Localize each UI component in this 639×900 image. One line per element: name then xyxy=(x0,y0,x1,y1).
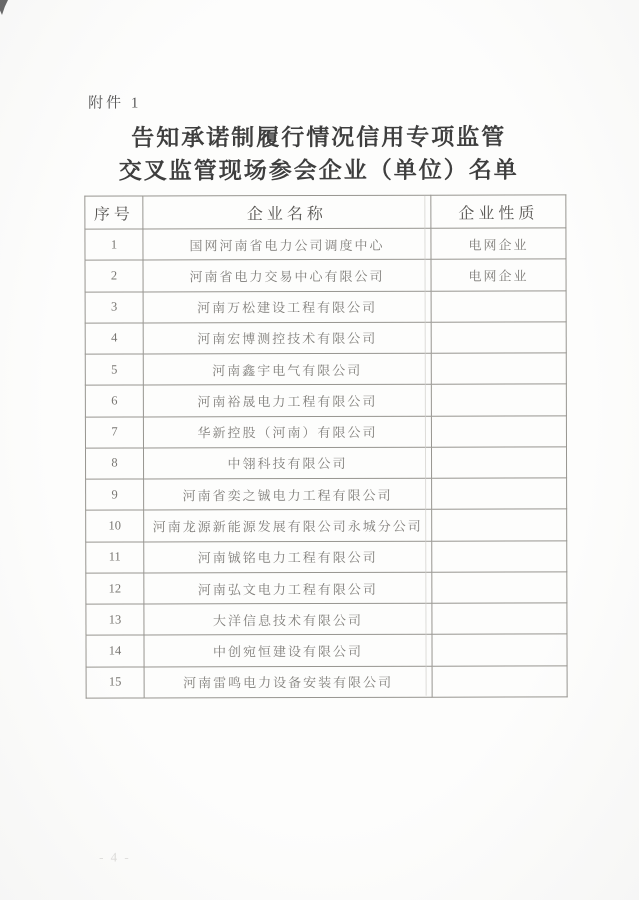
cell-company-type xyxy=(432,509,567,541)
cell-company-name: 河南龙源新能源发展有限公司永城分公司 xyxy=(144,510,432,542)
cell-company-name: 中创宛恒建设有限公司 xyxy=(144,635,432,667)
cell-company-type: 电网企业 xyxy=(431,228,566,260)
cell-serial: 12 xyxy=(86,573,144,604)
cell-serial: 9 xyxy=(86,479,144,510)
participants-table: 序号 企业名称 企业性质 1 国网河南省电力公司调度中心 电网企业 2 河南省电… xyxy=(84,194,567,698)
cell-serial: 4 xyxy=(85,323,143,354)
header-company-type: 企业性质 xyxy=(431,195,566,228)
cell-company-name: 河南宏博测控技术有限公司 xyxy=(143,322,431,354)
cell-serial: 3 xyxy=(85,291,143,322)
cell-serial: 7 xyxy=(85,417,143,448)
cell-serial: 15 xyxy=(86,667,144,698)
cell-company-name: 中翎科技有限公司 xyxy=(143,447,431,479)
page-title: 告知承诺制履行情况信用专项监管 交叉监管现场参会企业（单位）名单 xyxy=(0,120,638,188)
table-row: 2 河南省电力交易中心有限公司 电网企业 xyxy=(85,259,566,292)
cell-company-type xyxy=(431,384,566,416)
cell-company-name: 国网河南省电力公司调度中心 xyxy=(143,228,431,260)
document-body: 附件 1 告知承诺制履行情况信用专项监管 交叉监管现场参会企业（单位）名单 序号… xyxy=(0,0,639,900)
table-header-row: 序号 企业名称 企业性质 xyxy=(85,195,566,229)
cell-company-type xyxy=(432,572,567,604)
cell-company-name: 河南省奕之铖电力工程有限公司 xyxy=(144,478,432,510)
cell-company-type xyxy=(432,603,567,635)
cell-serial: 2 xyxy=(85,260,143,291)
cell-company-type xyxy=(432,541,567,573)
cell-company-type xyxy=(431,415,566,447)
cell-company-type: 电网企业 xyxy=(431,259,566,291)
cell-company-name: 河南雷鸣电力设备安装有限公司 xyxy=(144,666,432,698)
cell-serial: 5 xyxy=(85,354,143,385)
cell-serial: 10 xyxy=(86,510,144,541)
table-row: 6 河南裕晟电力工程有限公司 xyxy=(85,384,566,417)
cell-serial: 14 xyxy=(86,635,144,666)
table-row: 1 国网河南省电力公司调度中心 电网企业 xyxy=(85,228,566,261)
table-row: 13 大洋信息技术有限公司 xyxy=(86,603,567,636)
cell-company-type xyxy=(431,322,566,354)
attachment-label: 附件 1 xyxy=(88,91,141,112)
cell-company-type xyxy=(432,634,567,666)
header-serial-number: 序号 xyxy=(85,196,143,229)
cell-serial: 8 xyxy=(85,448,143,479)
cell-company-name: 河南弘文电力工程有限公司 xyxy=(144,572,432,604)
cell-serial: 6 xyxy=(85,385,143,416)
table-row: 12 河南弘文电力工程有限公司 xyxy=(86,572,567,605)
scanned-document-page: { "page": { "attachment_label": "附件 1", … xyxy=(0,0,639,900)
cell-company-name: 河南万松建设工程有限公司 xyxy=(143,291,431,323)
cell-company-type xyxy=(431,447,566,479)
cell-company-name: 河南省电力交易中心有限公司 xyxy=(143,259,431,291)
page-title-line-2: 交叉监管现场参会企业（单位）名单 xyxy=(0,153,638,188)
page-number: - 4 - xyxy=(99,849,131,865)
page-title-line-1: 告知承诺制履行情况信用专项监管 xyxy=(0,120,638,155)
cell-company-type xyxy=(432,478,567,510)
cell-serial: 11 xyxy=(86,542,144,573)
table-row: 4 河南宏博测控技术有限公司 xyxy=(85,322,566,355)
cell-company-name: 河南裕晟电力工程有限公司 xyxy=(143,385,431,417)
table-row: 5 河南鑫宇电气有限公司 xyxy=(85,353,566,386)
table-row: 7 华新控股（河南）有限公司 xyxy=(85,415,566,448)
cell-company-name: 大洋信息技术有限公司 xyxy=(144,603,432,635)
header-company-name: 企业名称 xyxy=(143,195,431,229)
cell-company-type xyxy=(431,353,566,385)
cell-company-type xyxy=(432,666,567,698)
table-row: 11 河南铖铭电力工程有限公司 xyxy=(86,541,567,574)
cell-company-type xyxy=(431,290,566,322)
table-row: 3 河南万松建设工程有限公司 xyxy=(85,290,566,323)
cell-serial: 1 xyxy=(85,229,143,260)
cell-serial: 13 xyxy=(86,604,144,635)
table-row: 15 河南雷鸣电力设备安装有限公司 xyxy=(86,666,567,699)
cell-company-name: 河南铖铭电力工程有限公司 xyxy=(144,541,432,573)
table-row: 10 河南龙源新能源发展有限公司永城分公司 xyxy=(86,509,567,542)
table-row: 8 中翎科技有限公司 xyxy=(85,447,566,480)
table-row: 9 河南省奕之铖电力工程有限公司 xyxy=(86,478,567,511)
cell-company-name: 华新控股（河南）有限公司 xyxy=(143,416,431,448)
table-row: 14 中创宛恒建设有限公司 xyxy=(86,634,567,667)
cell-company-name: 河南鑫宇电气有限公司 xyxy=(143,353,431,385)
